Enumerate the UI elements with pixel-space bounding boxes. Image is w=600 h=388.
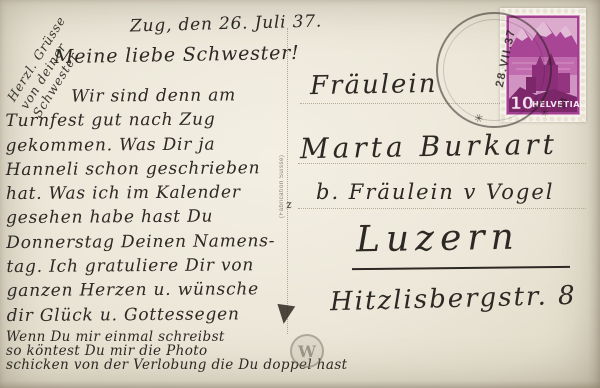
watermark-letter: W [298,342,316,361]
message-line: Donnerstag Deinen Namens- [6,229,306,255]
message-line: gekommen. Was Dir ja [5,132,305,158]
postmark-circle [436,12,552,128]
address-city: Luzern [356,217,520,261]
message-line: hat. Was ich im Kalender [6,180,306,206]
postcard-back: Herzl. Grüsse von deiner Schwester Zug, … [0,0,600,388]
address-city-underline [352,266,570,270]
ink-blot [275,304,295,325]
watermark-seal: W [290,334,324,368]
message-line: Hanneli schon geschrieben [6,156,306,182]
message-line: gesehen habe hast Du [6,204,306,230]
postcard-photo: Herzl. Grüsse von deiner Schwester Zug, … [0,0,600,388]
address-recipient-name: Marta Burkart [300,128,558,165]
dateline: Zug, den 26. Juli 37. [130,11,323,36]
salutation: Meine liebe Schwester! [54,42,300,68]
message-line: dir Glück u. Gottessegen [7,302,307,328]
address-guide-line [298,208,586,209]
message-line: tag. Ich gratuliere Dir von [6,253,306,279]
message-postscript: Wenn Du mir einmal schreibst so köntest … [6,331,476,372]
message-line: schicken von der Verlobung die Du doppel… [6,359,476,373]
stray-ink-mark: z [285,198,294,212]
address-street: Hitzlisbergstr. 8 [330,281,577,317]
message-line: Wir sind denn am [5,83,305,109]
message-body: Wir sind denn am Turnfest gut nach Zug g… [5,83,307,328]
address-care-of: b. Fräulein v Vogel [316,180,555,204]
scan-edge-shadow [0,380,600,388]
scan-edge-shadow [588,0,600,388]
message-line: Turnfest gut nach Zug [5,107,305,133]
message-line: ganzen Herzen u. wünsche [7,277,307,303]
address-recipient-title: Fräulein [310,69,438,101]
